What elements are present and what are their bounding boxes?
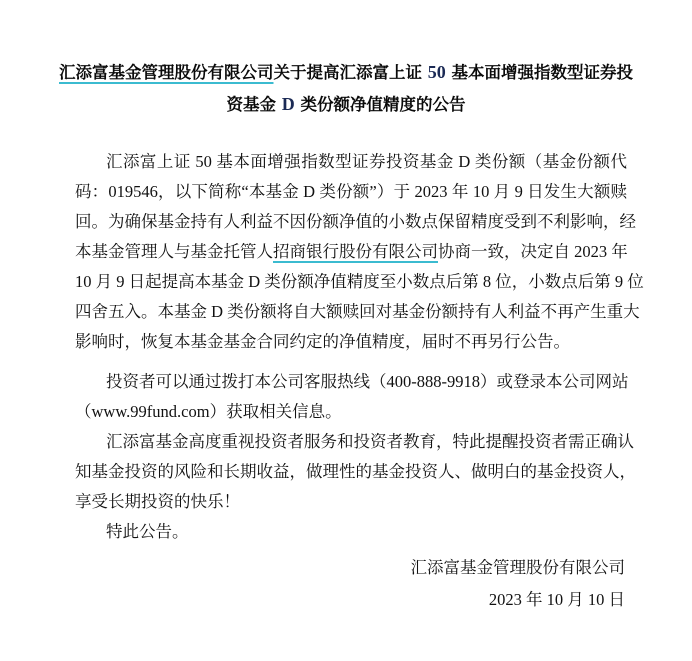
paragraph-3-line: 享受长期投资的快乐！ xyxy=(75,492,627,512)
paragraph-1-line: 回。为确保基金持有人利益不因份额净值的小数点保留精度受到不利影响，经 xyxy=(75,212,627,232)
signature-date: 2023 年 10 月 10 日 xyxy=(489,590,625,610)
paragraph-2-line: （www.99fund.com）获取相关信息。 xyxy=(75,402,627,422)
title-number: 50 xyxy=(428,62,446,82)
paragraph-1-line: 影响时，恢复本基金基金合同约定的净值精度，届时不再另行公告。 xyxy=(75,332,627,352)
paragraph-1-line: 10 月 9 日起提高本基金 D 类份额净值精度至小数点后第 8 位，小数点后第… xyxy=(75,272,627,292)
title-company-link[interactable]: 汇添富基金管理股份有限公司 xyxy=(59,63,274,82)
title-letter: D xyxy=(282,94,295,114)
closing-line: 特此公告。 xyxy=(106,522,627,542)
paragraph-1-line: 四舍五入。本基金 D 类份额将自大额赎回对基金份额持有人利益不再产生重大 xyxy=(75,302,627,322)
announcement-page: 汇添富基金管理股份有限公司关于提高汇添富上证 50 基本面增强指数型证券投 资基… xyxy=(0,0,692,661)
title-text: 类份额净值精度的公告 xyxy=(295,95,466,114)
paragraph-2-line: 投资者可以通过拨打本公司客服热线（400-888-9918）或登录本公司网站 xyxy=(106,372,627,392)
custodian-link[interactable]: 招商银行股份有限公司 xyxy=(273,242,438,261)
paragraph-3-line: 知基金投资的风险和长期收益，做理性的基金投资人、做明白的基金投资人， xyxy=(75,462,627,482)
title-text: 关于提高汇添富上证 xyxy=(274,63,428,82)
paragraph-1-line: 汇添富上证 50 基本面增强指数型证券投资基金 D 类份额（基金份额代 xyxy=(106,152,627,172)
title-text: 基本面增强指数型证券投 xyxy=(446,63,633,82)
title-line-1: 汇添富基金管理股份有限公司关于提高汇添富上证 50 基本面增强指数型证券投 xyxy=(0,62,692,83)
title-line-2: 资基金 D 类份额净值精度的公告 xyxy=(0,94,692,115)
signature-company: 汇添富基金管理股份有限公司 xyxy=(411,558,626,578)
paragraph-1-line: 码：019546，以下简称“本基金 D 类份额”）于 2023 年 10 月 9… xyxy=(75,182,627,202)
text: 协商一致，决定自 2023 年 xyxy=(438,242,628,261)
text: 本基金管理人与基金托管人 xyxy=(75,242,273,261)
paragraph-1-line: 本基金管理人与基金托管人招商银行股份有限公司协商一致，决定自 2023 年 xyxy=(75,242,627,262)
title-text: 资基金 xyxy=(227,95,282,114)
paragraph-3-line: 汇添富基金高度重视投资者服务和投资者教育，特此提醒投资者需正确认 xyxy=(106,432,627,452)
